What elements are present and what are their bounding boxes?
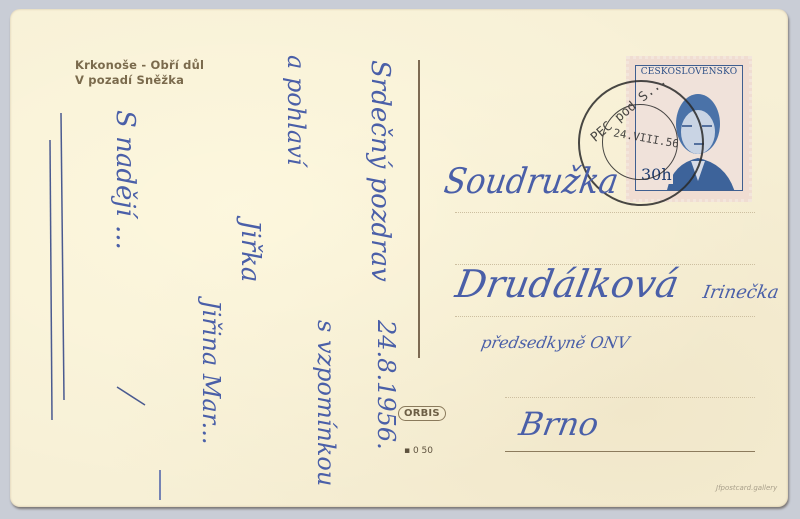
pen-strokes bbox=[0, 0, 800, 519]
